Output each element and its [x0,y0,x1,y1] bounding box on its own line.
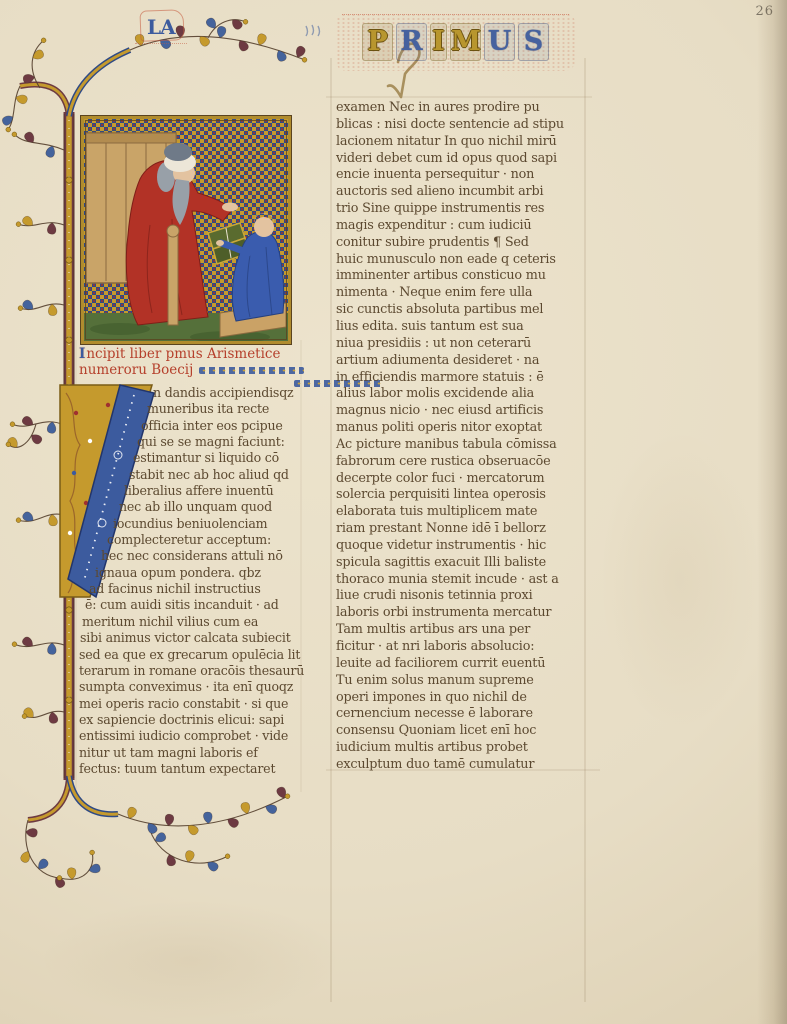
ivy-leaf [214,25,227,39]
gold-bud [16,222,21,227]
left-text-column: n dandis accipiendisqzmuneribus ita rect… [79,385,307,777]
manuscript-text-line: liberalius affere inuentū [79,483,307,499]
heading-letter: M [450,23,481,61]
manuscript-text-line: auctoris sed alieno incumbit arbi [336,184,588,201]
ivy-leaf [231,17,244,31]
ivy-leaf [24,131,35,144]
ivy-leaf [226,815,240,829]
ivy-leaf [187,822,200,836]
manuscript-text-line: encie inuenta persequitur · non [336,167,588,184]
manuscript-text-line: ex sapiencie doctrinis elicui: sapi [79,712,307,728]
gold-bud [90,850,95,855]
manuscript-text-line: quoque videtur instrumentis · hic [336,538,588,555]
manuscript-text-line: meritum nichil vilius cum ea [79,614,307,630]
ivy-leaf [46,222,59,236]
ivy-leaf [25,826,39,839]
ivy-leaf [240,802,250,814]
gold-bud [22,714,27,719]
ivy-leaf [30,431,44,445]
manuscript-text-line: riam prestant Nonne idē ī bellorz [336,521,588,538]
page-edge-shading [757,0,787,1024]
manuscript-page: 26 LA P R I M U S [0,0,787,1024]
gold-bud [6,442,11,447]
manuscript-text-line: n dandis accipiendisqz [79,385,307,401]
ivy-leaf [238,39,249,52]
ivy-leaf [166,854,176,866]
ivy-leaf [2,115,15,126]
ivy-leaf [32,49,44,60]
ivy-leaf [205,17,217,30]
rubric-line: I ncipit liber pmus Arismetice [79,347,304,363]
heading-letter: R [396,23,427,61]
manuscript-text-line: imminenter artibus consticuo mu [336,268,588,285]
manuscript-text-line: Ac picture manibus tabula cōmissa [336,437,588,454]
manuscript-text-line: in efficiendis marmore statuis : ē [336,370,588,387]
gold-bud [302,57,307,62]
ivy-leaf [182,849,196,863]
manuscript-text-line: leuite ad faciliorem currit euentū [336,656,588,673]
manuscript-text-line: decerpte color fuci · mercatorum [336,471,588,488]
manuscript-text-line: examen Nec in aures prodire pu [336,100,588,117]
manuscript-text-line: laboris orbi instrumenta mercatur [336,605,588,622]
rubric-text: numeroru Boecij [79,363,193,379]
manuscript-text-line: blicas : nisi docte sentencie ad stipu [336,117,588,134]
manuscript-text-line: consensu Quoniam licet enī hoc [336,723,588,740]
gold-bud [41,38,46,43]
quire-monogram: LA [147,15,175,39]
ivy-leaf [23,74,35,84]
manuscript-text-line: complecteretur acceptum: [79,532,307,548]
manuscript-text-line: videri debet cum id opus quod sapi [336,151,588,168]
manuscript-text-line: iudicium multis artibus probet [336,740,588,757]
ivy-leaf [277,50,287,62]
ivy-leaf [7,436,19,449]
manuscript-text-line: alius labor molis excidende alia [336,386,588,403]
manuscript-text-line: muneribus ita recte [79,401,307,417]
ivy-leaf [22,706,35,720]
miniature-scene [80,115,292,345]
manuscript-text-line: ad facinus nichil instructius [79,581,307,597]
manuscript-text-line: huic munusculo non eade q ceteris [336,252,588,269]
manuscript-text-line: sed ea que ex grecarum opulēcia lit [79,647,307,663]
gold-bud [243,19,248,24]
ivy-leaf [147,821,159,834]
ivy-leaf [21,415,35,429]
manuscript-text-line: fectus: tuum tantum expectaret [79,761,307,777]
gold-bud [12,642,17,647]
heading-letter: S [518,23,549,61]
ivy-leaf [264,801,278,815]
ivy-leaf [21,635,34,649]
rubric-initial: I [79,347,85,363]
manuscript-text-line: spicula sagittis exacuit Illi baliste [336,555,588,572]
ivy-leaf [124,805,138,819]
manuscript-text-line: sic cunctis absoluta partibus mel [336,302,588,319]
manuscript-text-line: solercia perquisiti lintea operosis [336,487,588,504]
gold-bud [57,876,62,881]
manuscript-text-line: fabrorum cere rustica obseruacōe [336,454,588,471]
ivy-leaf [254,32,268,46]
gold-bud [18,306,23,311]
manuscript-text-line: ē: cum auidi sitis incanduit · ad [79,597,307,613]
heading-letter: I [430,23,447,61]
rubric: I ncipit liber pmus Arismetice numeroru … [79,347,304,378]
manuscript-text-line: manus politi operis nitor exoptat [336,420,588,437]
manuscript-text-line: sibi animus victor calcata subiecit [79,630,307,646]
manuscript-text-line: thoraco munia stemit incude · ast a [336,572,588,589]
gold-bud [12,132,17,137]
ivy-leaf [21,215,34,229]
ivy-leaf [19,850,33,864]
manuscript-text-line: terarum in romane oracōis thesaurū [79,663,307,679]
ivy-leaf [293,44,307,58]
rubric-line: numeroru Boecij [79,363,304,379]
manuscript-text-line: nitur ut tam magni laboris ef [79,745,307,761]
ivy-leaf [46,642,59,656]
manuscript-text-line: qui se se magni faciunt: [79,434,307,450]
gold-bud [10,422,15,427]
parchment-stain [600,430,760,730]
ivy-leaf [202,811,214,824]
ivy-leaf [206,859,220,873]
pen-flourish-marks [306,25,320,36]
ivy-leaf [54,875,66,888]
manuscript-text-line: nec ab illo unquam quod [79,499,307,515]
ivy-leaf [15,92,29,106]
ivy-leaf [154,832,167,843]
manuscript-text-line: sumpta conveximus · ita enī quoqz [79,679,307,695]
manuscript-text-line: nimenta · Neque enim fere ulla [336,285,588,302]
rubric-text: ncipit liber pmus Arismetice [86,347,280,363]
manuscript-text-line: entissimi iudicio comprobet · vide [79,728,307,744]
manuscript-text-line: stabit nec ab hoc aliud qd [79,467,307,483]
manuscript-text-line: mei operis racio constabit · si que [79,696,307,712]
gold-bud [225,854,230,859]
heading-letter: P [362,23,393,61]
manuscript-text-line: ignaua opum pondera. qbz [79,565,307,581]
manuscript-text-line: magnus nicio · nec eiusd artificis [336,403,588,420]
ivy-leaf [44,145,58,159]
manuscript-text-line: elaborata tuis multiplicem mate [336,504,588,521]
manuscript-text-line: lacionem nitatur In quo nichil mirū [336,134,588,151]
manuscript-text-line: magis expenditur : cum iudiciū [336,218,588,235]
ivy-leaf [21,510,35,524]
gold-bud [285,794,290,799]
ivy-leaf [162,813,175,827]
heading-letter: U [484,23,515,61]
ivy-leaf [36,858,50,871]
manuscript-text-line: trio Sine quippe instrumentis res [336,201,588,218]
ivy-leaf [47,304,58,317]
manuscript-text-line: hec nec considerans attuli nō [79,548,307,564]
miniature [80,115,292,345]
line-filler-ornament [199,367,304,374]
manuscript-text-line: officia inter eos pcipue [79,418,307,434]
right-text-column: examen Nec in aures prodire publicas : n… [336,100,588,774]
gold-bud [16,518,21,523]
manuscript-text-line: exculptum duo tamē cumulatur [336,757,588,774]
ivy-leaf [48,712,59,724]
ivy-leaf [198,34,211,48]
manuscript-text-line: Tu enim solus manum supreme [336,673,588,690]
manuscript-text-line: estimantur si liquido cō [79,450,307,466]
manuscript-text-line: iocundius beniuolenciam [79,516,307,532]
manuscript-text-line: ficitur · at nri laboris absolucio: [336,639,588,656]
manuscript-text-line: liue crudi nisonis tetinnia proxi [336,588,588,605]
manuscript-text-line: operi impones in quo nichil de [336,690,588,707]
gold-bud [6,127,11,132]
manuscript-text-line: lius edita. suis tantum est sua [336,319,588,336]
ivy-leaf [89,863,101,873]
manuscript-text-line: artium adiumenta desideret · na [336,353,588,370]
manuscript-text-line: conitur subire prudentis ¶ Sed [336,235,588,252]
folio-number: 26 [755,4,774,19]
ivy-leaf [65,867,77,880]
ivy-leaf [277,787,286,798]
manuscript-text-line: Tam multis artibus ars una per [336,622,588,639]
manuscript-text-line: niua presidiis : ut non ceterarū [336,336,588,353]
ivy-leaf [21,298,34,312]
manuscript-text-line: cernencium necesse ē laborare [336,706,588,723]
heading-primus: P R I M U S [352,18,559,66]
parchment-stain [40,900,340,1020]
